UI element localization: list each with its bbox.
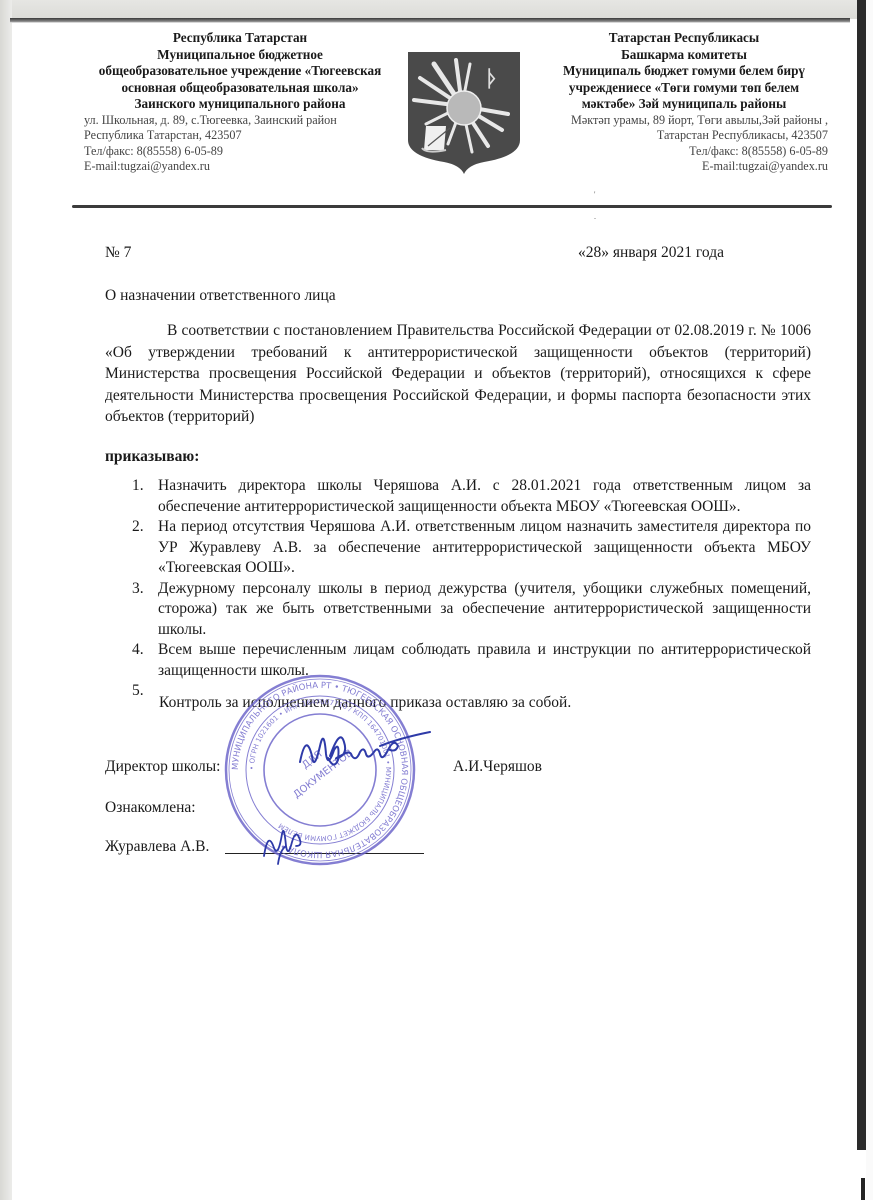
acknowledged-name: Журавлева А.В. [105,838,209,856]
scan-speck: ' [594,190,595,199]
letterhead-divider [72,205,832,208]
letterhead-title-line: Республика Татарстан [82,30,398,47]
letterhead-email: E-mail:tugzai@yandex.ru [540,159,828,175]
letterhead-title-line: Муниципаль бюджет гомуми белем бирү [540,63,828,80]
director-label: Директор школы: [105,758,220,776]
order-item-number: 4. [132,640,144,661]
order-items-list: 1. Назначить директора школы Черяшова А.… [132,476,811,702]
order-item-text: Дежурному персоналу школы в период дежур… [158,580,811,638]
director-name: А.И.Черяшов [453,758,542,776]
order-heading: приказываю: [105,448,199,466]
letterhead-title-line: мәктәбе» Зәй муниципаль районы [540,96,828,113]
document-preamble: В соответствии с постановлением Правител… [105,320,811,428]
letterhead-address-line: ул. Школьная, д. 89, с.Тюгеевка, Заински… [82,113,398,129]
letterhead-right: Татарстан Республикасы Башкарма комитеты… [540,30,828,175]
letterhead-phone: Тел/факс: 8(85558) 6-05-89 [540,144,828,160]
order-item-number: 5. [132,681,144,702]
scanner-right-bottom-edge [861,1178,865,1200]
letterhead-address-line: Республика Татарстан, 423507 [82,128,398,144]
letterhead-title-line: общеобразовательное учреждение «Тюгеевск… [82,63,398,80]
order-item: 3. Дежурному персоналу школы в период де… [132,579,811,641]
order-item: 2. На период отсутствия Черяшова А.И. от… [132,517,811,579]
acknowledged-label: Ознакомлена: [105,799,196,817]
letterhead-phone: Тел/факс: 8(85558) 6-05-89 [82,144,398,160]
letterhead-title-line: Муниципальное бюджетное [82,47,398,64]
document-subject: О назначении ответственного лица [105,287,336,305]
order-item-number: 3. [132,579,144,600]
svg-text:ᚦ: ᚦ [485,66,498,92]
document-date: «28» января 2021 года [578,244,724,262]
coat-of-arms-icon: ᚦ [404,48,524,174]
director-signature-icon [290,722,440,782]
order-item: 1. Назначить директора школы Черяшова А.… [132,476,811,517]
letterhead-address-line: Мәктәп урамы, 89 йорт, Төги авылы,Зәй ра… [540,113,828,129]
scan-speck: . [594,212,596,221]
letterhead-title-line: Татарстан Республикасы [540,30,828,47]
order-item-text: На период отсутствия Черяшова А.И. ответ… [158,518,811,576]
letterhead-address-line: Татарстан Республикасы, 423507 [540,128,828,144]
scanner-top-edge [0,0,873,19]
letterhead-title-line: учреждениесе «Төги гомуми төп белем [540,80,828,97]
order-item-number: 2. [132,517,144,538]
document-number: № 7 [105,244,131,262]
order-item-number: 1. [132,476,144,497]
letterhead-title-line: Башкарма комитеты [540,47,828,64]
letterhead-email: E-mail:tugzai@yandex.ru [82,159,398,175]
acknowledged-signature-icon [258,820,308,865]
letterhead-title-line: Заинского муниципального района [82,96,398,113]
scanner-right-edge [857,0,866,1150]
letterhead-title-line: основная общеобразовательная школа» [82,80,398,97]
letterhead-left: Республика Татарстан Муниципальное бюдже… [82,30,398,175]
scanner-left-edge [0,0,12,1200]
scanner-top-shadow [10,18,850,23]
scanner-right-margin [866,0,873,1200]
order-item-text: Назначить директора школы Черяшова А.И. … [158,477,811,515]
